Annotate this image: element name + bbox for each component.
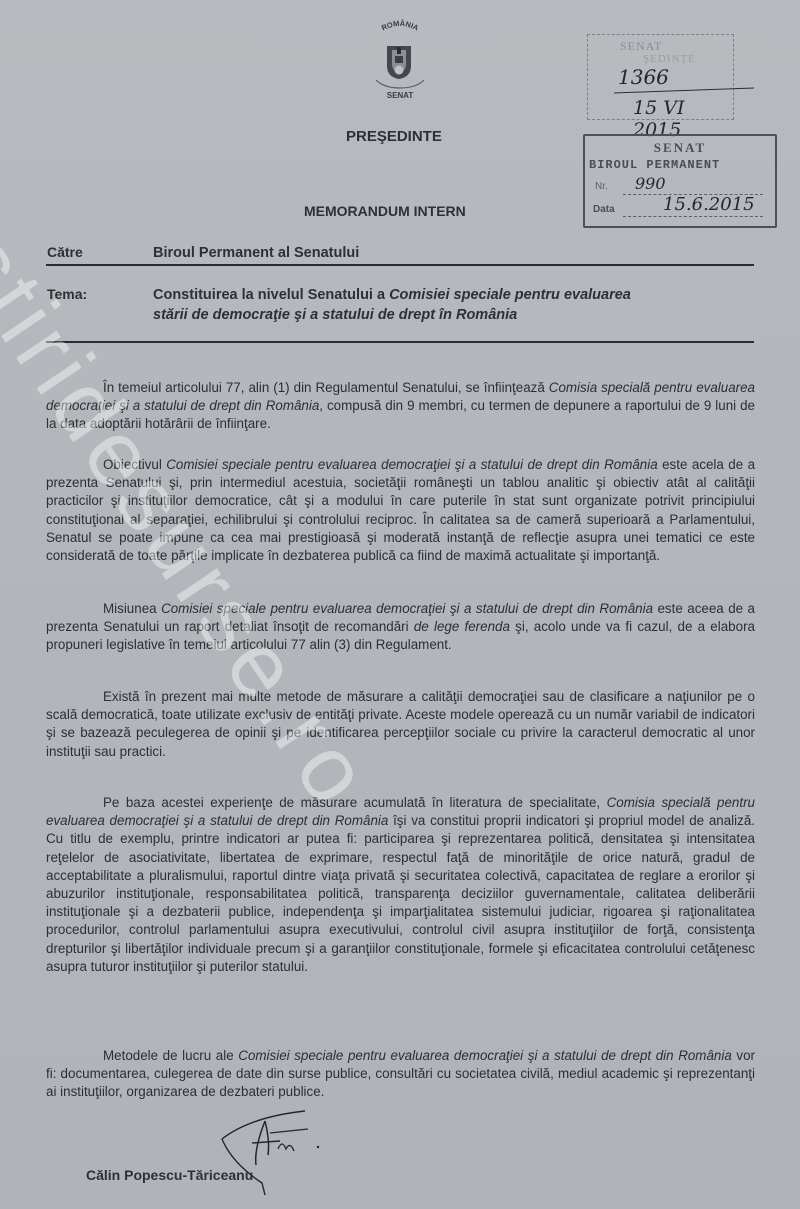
coat-of-arms-icon [386,44,412,80]
handwritten-signature-icon [210,1105,360,1200]
subject-label: Tema: [47,286,87,302]
italic-run: Comisiei speciale pentru evaluarea democ… [161,601,653,616]
to-value: Biroul Permanent al Senatului [153,245,359,261]
bureau-stamp-line2: BIROUL PERMANENT [589,158,720,172]
text-run: În temeiul articolului 77, alin (1) din … [103,380,549,395]
text-run: Misiunea [103,601,161,616]
to-label: Către [47,244,83,260]
permanent-bureau-stamp: SENAT BIROUL PERMANENT Nr. 990 Data 15.6… [583,134,777,228]
svg-text:ROMÂNIA: ROMÂNIA [380,19,421,33]
to-divider [46,264,754,266]
registry-stamp-line2: ŞEDINŢE [643,53,696,65]
text-run: îşi va constitui proprii indicatori şi p… [46,813,755,974]
italic-run: Comisiei speciale pentru evaluarea democ… [238,1048,732,1063]
signer-name: Călin Popescu-Tăriceanu [86,1167,253,1183]
body-paragraph: Metodele de lucru ale Comisiei speciale … [46,1047,755,1102]
bureau-stamp-line1: SENAT [585,140,775,156]
subject-italic-1: Comisiei speciale pentru evaluarea [389,287,631,303]
text-run: Metodele de lucru ale [103,1048,238,1063]
subject-italic-2: stării de democraţie şi a statului de dr… [153,307,517,323]
office-title: PREŞEDINTE [346,128,442,145]
text-run: Pe baza acestei experienţe de măsurare a… [103,795,607,810]
subject-divider [46,341,754,343]
text-run: Obiectivul [103,457,166,472]
text-run: Există în prezent mai multe metode de mă… [46,689,755,759]
italic-run: Comisiei speciale pentru evaluarea democ… [166,457,657,472]
bureau-date-value: 15.6.2015 [663,194,755,215]
emblem-ribbon-icon [372,76,428,90]
subject-plain: Constituirea la nivelul Senatului a [153,287,389,303]
body-paragraph: Obiectivul Comisiei speciale pentru eval… [46,456,755,565]
bureau-date-label: Data [593,204,615,215]
italic-run: de lege ferenda [414,619,510,634]
registry-stamp-line1: SENAT [620,39,662,54]
bureau-nr-value: 990 [635,174,666,193]
memorandum-page: ROMÂNIA SENAT PREŞEDINTE MEMORANDUM INTE… [0,0,800,1209]
bureau-date-underline [623,216,763,217]
emblem-senat-text: SENAT [372,91,428,100]
registry-stamp: SENAT ŞEDINŢE 1366 15 VI 2015 [587,34,734,120]
bureau-nr-label: Nr. [595,181,608,192]
registry-number: 1366 [618,65,669,89]
subject-text: Constituirea la nivelul Senatului a Comi… [153,285,758,325]
body-paragraph: Există în prezent mai multe metode de mă… [46,688,755,761]
text-run: este acela de a prezenta Senatului şi, p… [46,457,755,563]
body-paragraph: În temeiul articolului 77, alin (1) din … [46,379,755,434]
document-type: MEMORANDUM INTERN [304,203,466,219]
senate-emblem: ROMÂNIA SENAT [372,14,428,106]
emblem-arc-text: ROMÂNIA [372,14,428,36]
body-paragraph: Pe baza acestei experienţe de măsurare a… [46,794,755,976]
body-paragraph: Misiunea Comisiei speciale pentru evalua… [46,600,755,655]
